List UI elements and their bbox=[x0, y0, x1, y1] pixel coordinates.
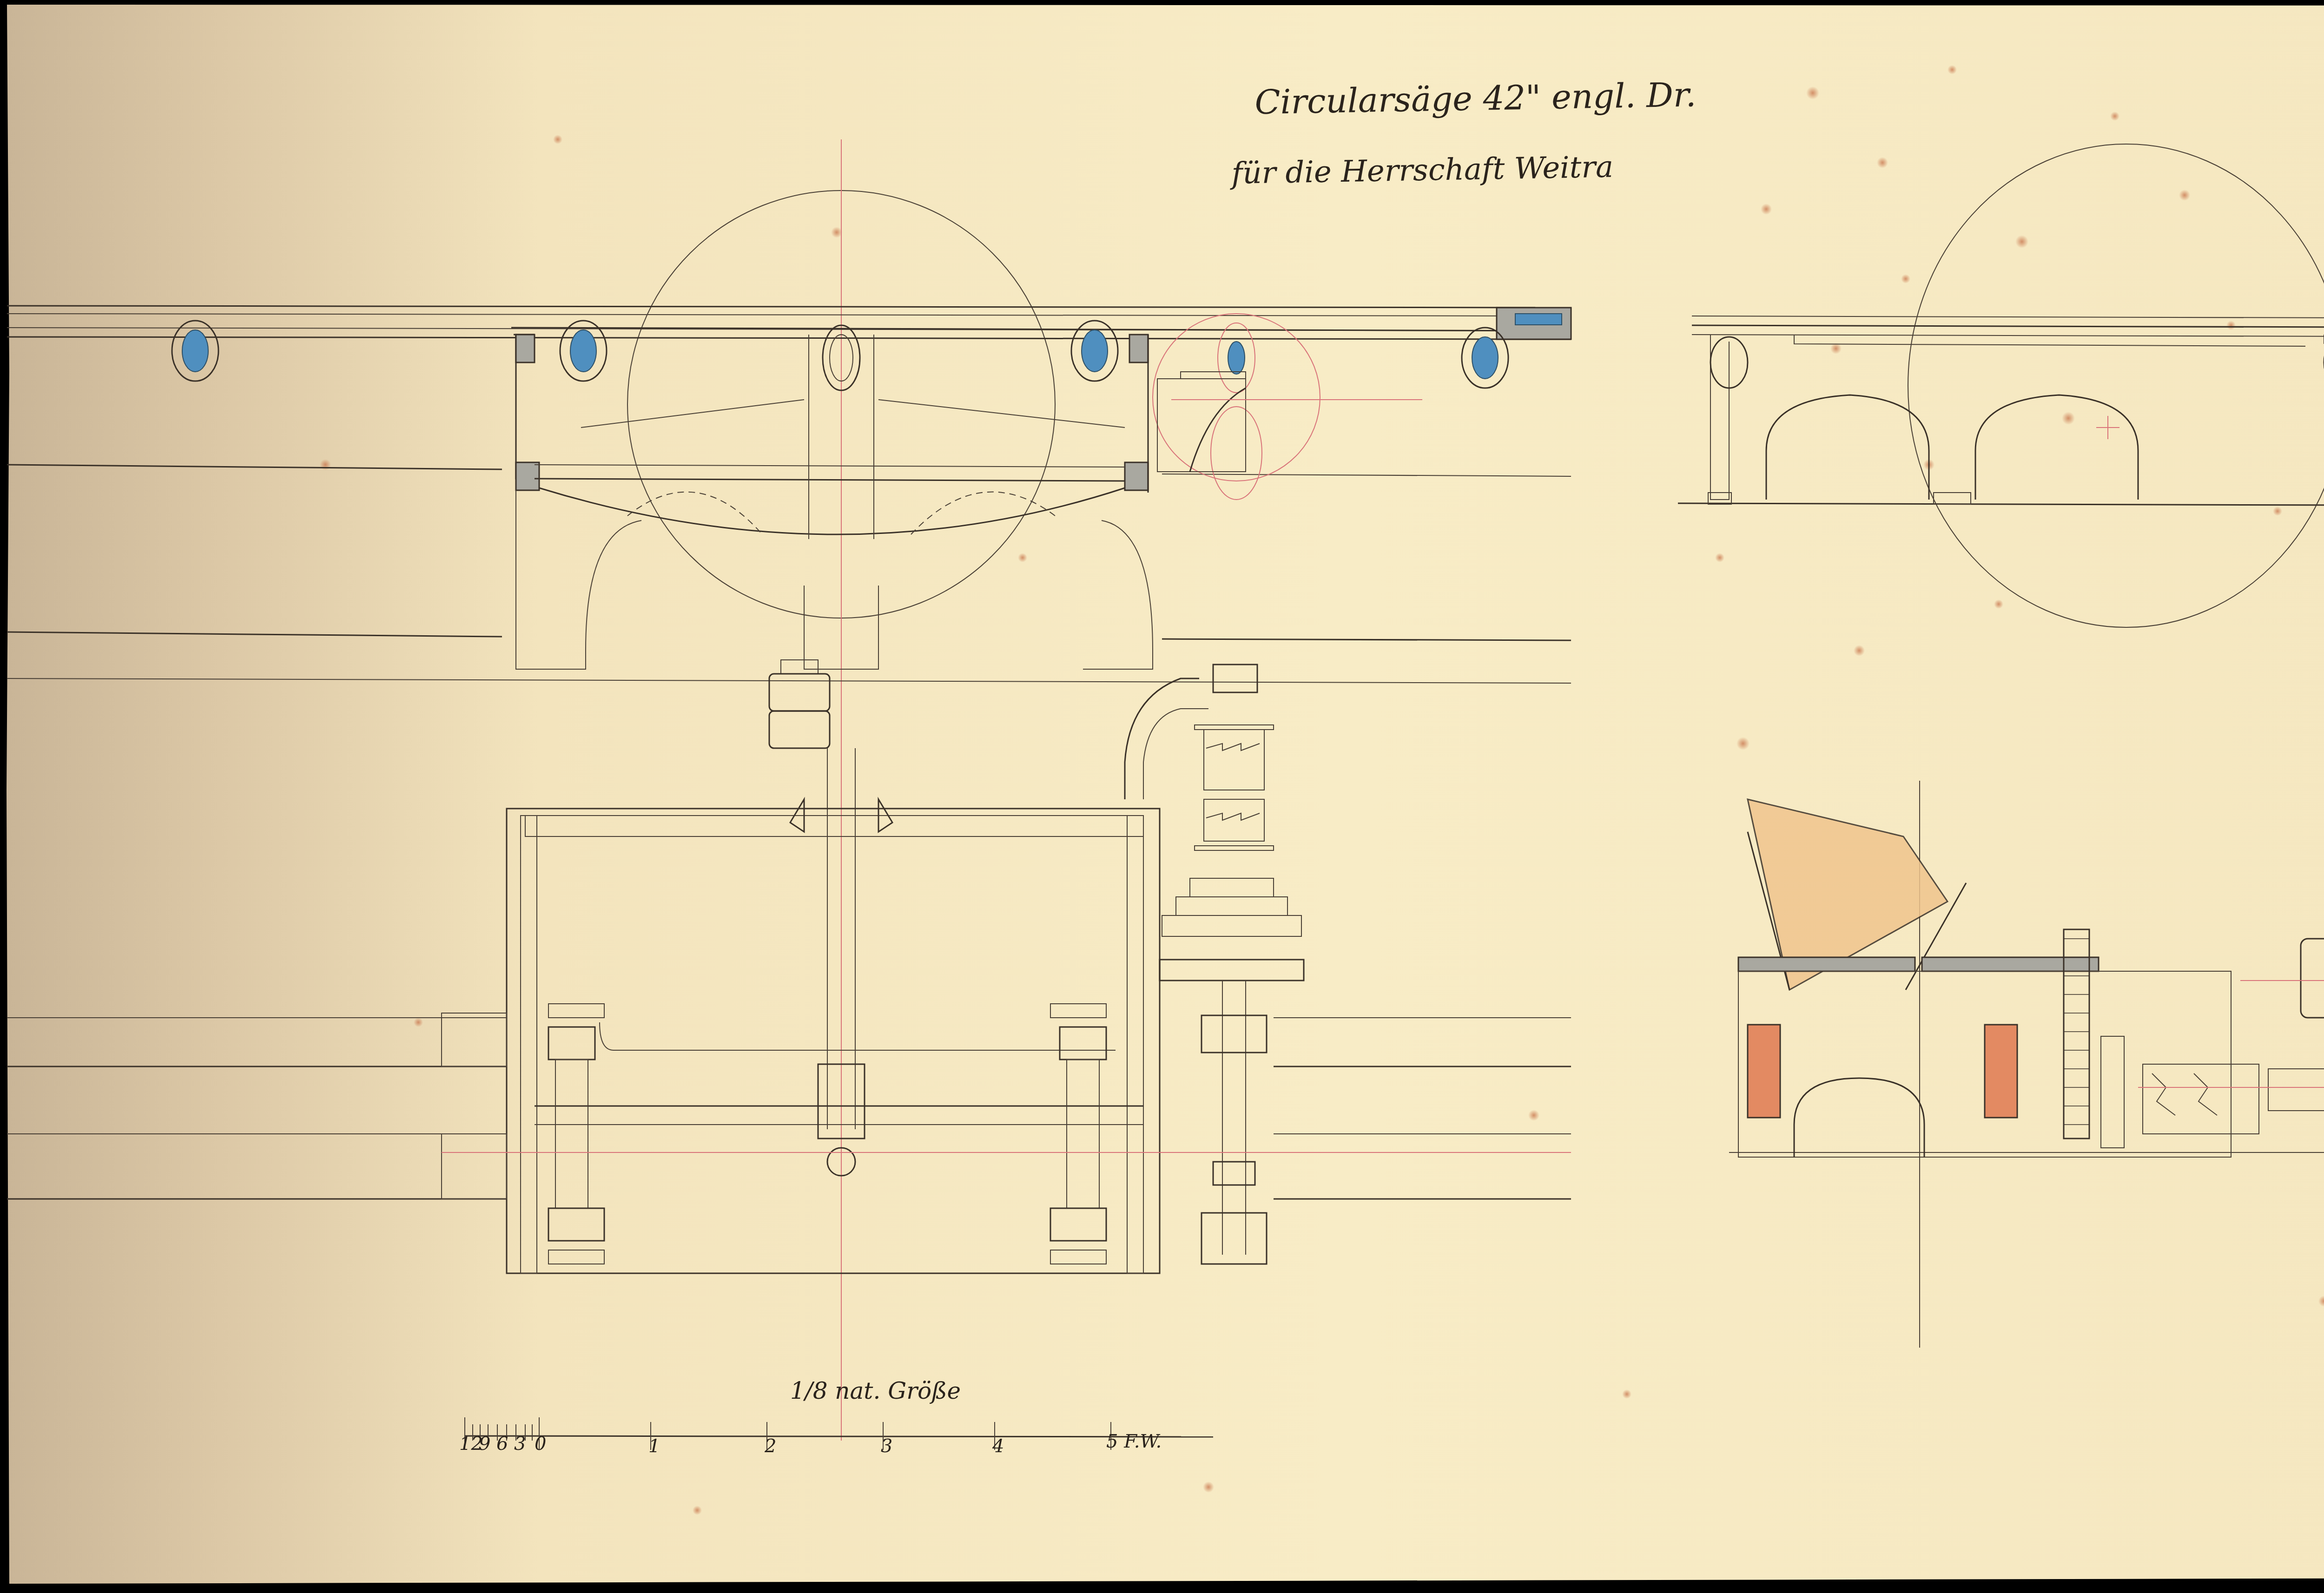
scale-end-label: 5 F.W. bbox=[1106, 1431, 1162, 1452]
scale-label: 1/8 nat. Größe bbox=[790, 1377, 961, 1404]
scale-tick-4: 4 bbox=[992, 1435, 1004, 1457]
title-line-2: für die Herrschaft Weitra bbox=[1229, 150, 1614, 191]
scale-tick-1: 1 bbox=[648, 1435, 660, 1457]
drawing-sheet: Circularsäge 42" engl. Dr. für die Herrs… bbox=[0, 0, 2324, 1593]
paper bbox=[7, 5, 2324, 1584]
scale-tick-6: 6 bbox=[496, 1433, 508, 1455]
scale-tick-3: 3 bbox=[514, 1433, 526, 1455]
scale-tick-9: 9 bbox=[479, 1433, 490, 1455]
scale-tick-0: 0 bbox=[535, 1433, 546, 1455]
scale-tick-2: 2 bbox=[764, 1435, 776, 1457]
title-line-1: Circularsäge 42" engl. Dr. bbox=[1254, 75, 1697, 122]
scale-tick-3b: 3 bbox=[881, 1435, 892, 1457]
